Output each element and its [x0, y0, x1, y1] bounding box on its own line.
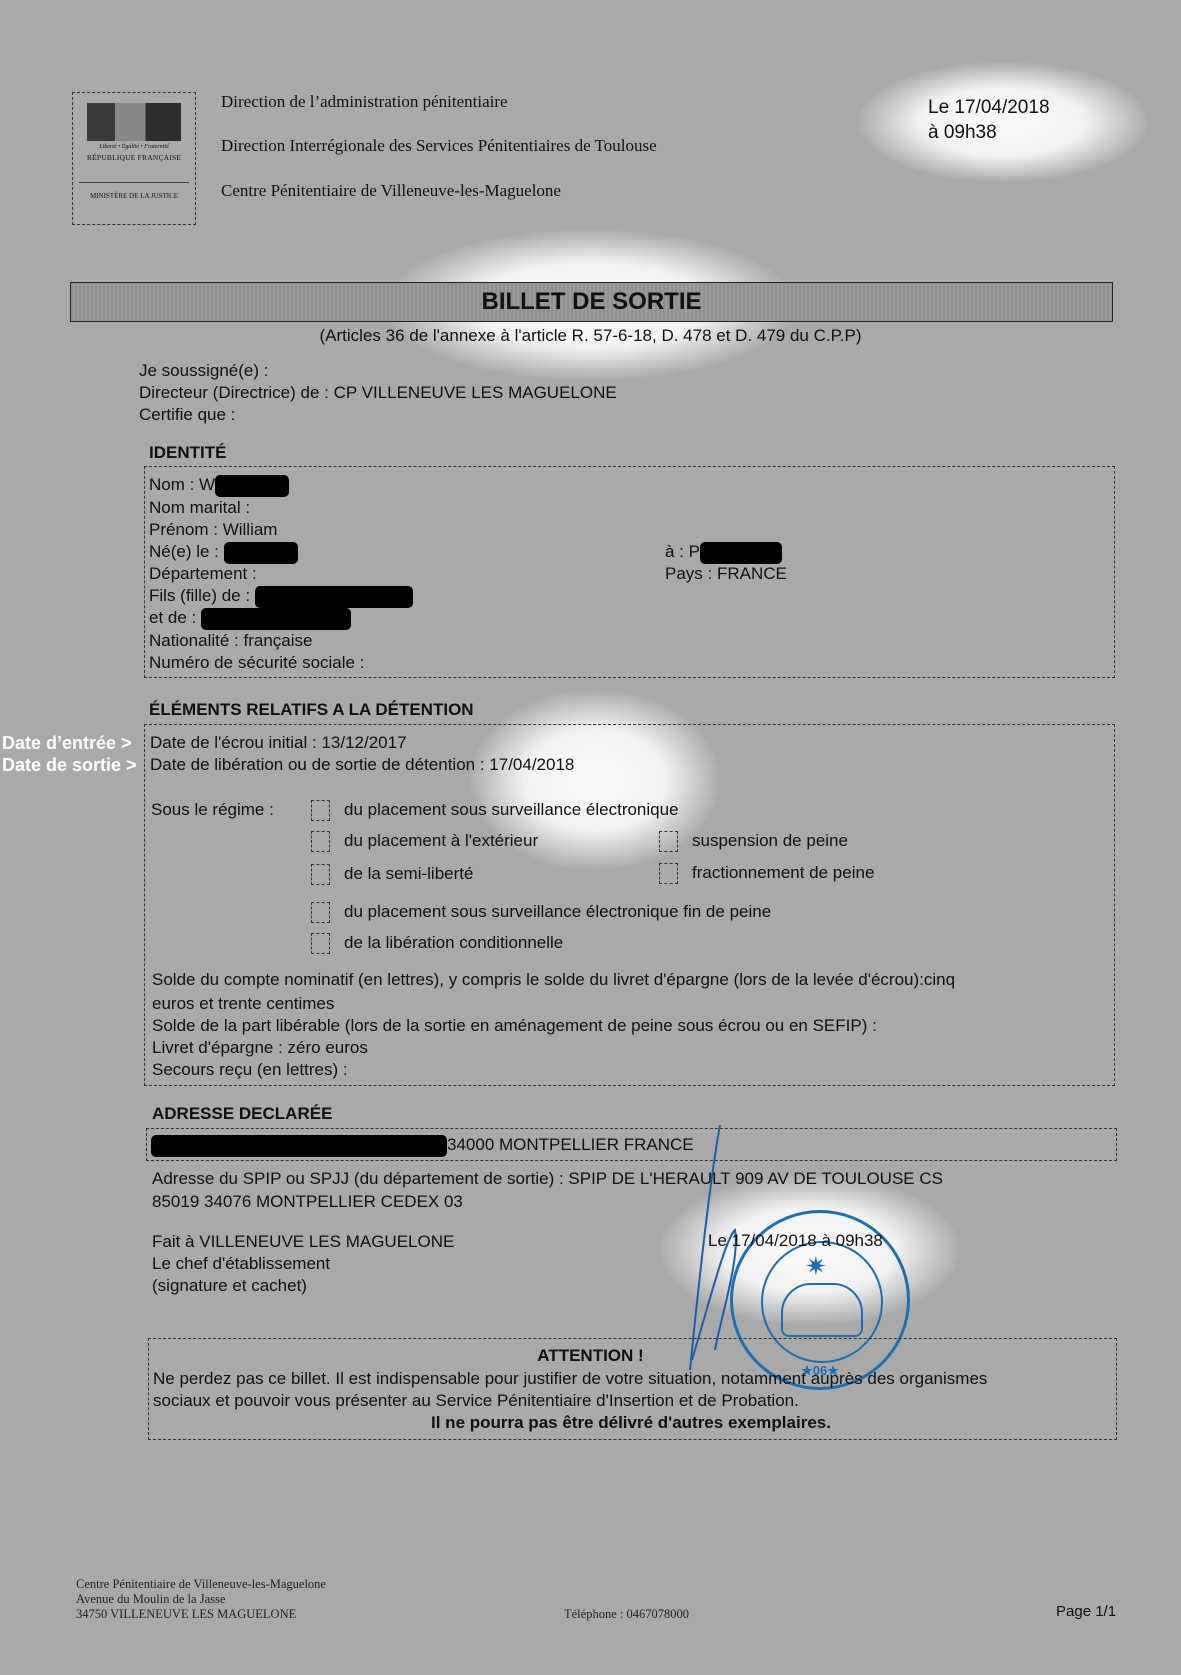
redaction-block: [255, 586, 413, 608]
footer-address-line: Centre Pénitentiaire de Villeneuve-les-M…: [76, 1577, 326, 1592]
ecrou-initial-date: Date de l'écrou initial : 13/12/2017: [150, 732, 407, 754]
regime-option[interactable]: de la semi-liberté: [311, 863, 473, 885]
title-bar: BILLET DE SORTIE: [70, 282, 1113, 322]
regime-option[interactable]: de la libération conditionnelle: [311, 932, 563, 954]
regime-option[interactable]: fractionnement de peine: [659, 862, 874, 884]
checkbox[interactable]: [311, 864, 330, 885]
attention-line-1: Ne perdez pas ce billet. Il est indispen…: [153, 1368, 987, 1390]
footer-phone: Téléphone : 0467078000: [564, 1607, 689, 1622]
identity-nom-marital: Nom marital :: [149, 497, 250, 519]
livret-epargne: Livret d'épargne : zéro euros: [152, 1037, 368, 1059]
identity-section-title: IDENTITÉ: [149, 443, 226, 463]
checkbox[interactable]: [311, 831, 330, 852]
identity-departement: Département :: [149, 563, 257, 585]
footer-address-line: Avenue du Moulin de la Jasse: [76, 1592, 326, 1607]
nom-label: Nom : W: [149, 475, 215, 494]
checkbox[interactable]: [311, 933, 330, 954]
star-icon: ✷: [805, 1251, 827, 1282]
redaction-block: [224, 542, 298, 564]
regime-option-label: de la semi-liberté: [344, 864, 473, 883]
regime-label: Sous le régime :: [151, 799, 274, 821]
liberation-date: Date de libération ou de sortie de déten…: [150, 754, 574, 776]
detention-section-title: ÉLÉMENTS RELATIFS A LA DÉTENTION: [149, 700, 474, 720]
spip-address-line-2: 85019 34076 MONTPELLIER CEDEX 03: [152, 1191, 463, 1213]
identity-nom: Nom : W: [149, 474, 289, 497]
solde-compte: Solde du compte nominatif (en lettres), …: [152, 969, 955, 991]
page-number: Page 1/1: [1056, 1603, 1116, 1620]
declared-address-text: 34000 MONTPELLIER FRANCE: [447, 1135, 694, 1154]
attention-line-2: sociaux et pouvoir vous présenter au Ser…: [153, 1390, 799, 1412]
page-title: BILLET DE SORTIE: [71, 283, 1112, 321]
et-de-label: et de :: [149, 608, 196, 627]
identity-et-de: et de :: [149, 607, 351, 630]
declared-address: 34000 MONTPELLIER FRANCE: [151, 1134, 694, 1157]
regime-option[interactable]: du placement sous surveillance électroni…: [311, 901, 771, 923]
checkbox[interactable]: [311, 800, 330, 821]
regime-option-label: de la libération conditionnelle: [344, 933, 563, 952]
checkbox[interactable]: [311, 902, 330, 923]
spip-address-line-1: Adresse du SPIP ou SPJJ (du département …: [152, 1168, 943, 1190]
regime-option[interactable]: du placement à l'extérieur: [311, 830, 538, 852]
seated-figure-icon: [781, 1283, 863, 1337]
intro-line-1: Je soussigné(e) :: [139, 360, 268, 382]
identity-lieu: à : P: [665, 541, 782, 564]
address-section-title: ADRESSE DECLARÉE: [152, 1104, 332, 1124]
regime-option[interactable]: du placement sous surveillance électroni…: [311, 799, 679, 821]
intro-line-3: Certifie que :: [139, 404, 235, 426]
header-line-3: Centre Pénitentiaire de Villeneuve-les-M…: [221, 181, 561, 201]
logo-ministry: MINISTÈRE DE LA JUSTICE: [73, 192, 195, 200]
regime-option-label: fractionnement de peine: [692, 863, 874, 882]
signature-date: Le 17/04/2018 à 09h38: [708, 1230, 883, 1252]
logo-divider: [79, 182, 189, 183]
attention-line-3: Il ne pourra pas être délivré d'autres e…: [0, 1412, 1181, 1434]
identity-nationalite: Nationalité : française: [149, 630, 312, 652]
redaction-block: [151, 1135, 447, 1157]
footer-address-line: 34750 VILLENEUVE LES MAGUELONE: [76, 1607, 326, 1622]
header-line-1: Direction de l’administration pénitentia…: [221, 92, 508, 112]
regime-option[interactable]: suspension de peine: [659, 830, 848, 852]
marianne-icon: [87, 103, 181, 141]
logo-republic: RÉPUBLIQUE FRANÇAISE: [73, 153, 195, 162]
identity-prenom: Prénom : William: [149, 519, 277, 541]
checkbox[interactable]: [659, 863, 678, 884]
issue-time-line: à 09h38: [928, 120, 1050, 145]
identity-fils-de: Fils (fille) de :: [149, 585, 413, 608]
identity-pays: Pays : FRANCE: [665, 563, 787, 585]
header-line-2: Direction Interrégionale des Services Pé…: [221, 136, 657, 156]
secours-recu: Secours reçu (en lettres) :: [152, 1059, 348, 1081]
redaction-block: [201, 608, 351, 630]
redaction-block: [700, 542, 782, 564]
intro-line-2: Directeur (Directrice) de : CP VILLENEUV…: [139, 382, 617, 404]
fait-a: Fait à VILLENEUVE LES MAGUELONE: [152, 1231, 454, 1253]
issue-date-line: Le 17/04/2018: [928, 95, 1050, 120]
solde-compte-cont: euros et trente centimes: [152, 993, 334, 1015]
solde-part-liberable: Solde de la part libérable (lors de la s…: [152, 1015, 877, 1037]
issue-date: Le 17/04/2018 à 09h38: [928, 95, 1050, 145]
footer-address: Centre Pénitentiaire de Villeneuve-les-M…: [76, 1577, 326, 1622]
fils-de-label: Fils (fille) de :: [149, 586, 250, 605]
annotation-entry: Date d’entrée >: [2, 732, 132, 754]
identity-secu: Numéro de sécurité sociale :: [149, 652, 364, 674]
checkbox[interactable]: [659, 831, 678, 852]
identity-ne-le: Né(e) le :: [149, 541, 298, 564]
ne-le-label: Né(e) le :: [149, 542, 219, 561]
chef-etablissement: Le chef d'établissement: [152, 1253, 330, 1275]
attention-title: ATTENTION !: [0, 1345, 1181, 1367]
ministry-logo: Liberté • Égalité • Fraternité RÉPUBLIQU…: [72, 92, 196, 225]
regime-option-label: du placement sous surveillance électroni…: [344, 902, 771, 921]
redaction-block: [215, 475, 289, 497]
annotation-exit: Date de sortie >: [2, 754, 137, 776]
regime-option-label: du placement sous surveillance électroni…: [344, 800, 679, 819]
regime-option-label: du placement à l'extérieur: [344, 831, 538, 850]
logo-motto: Liberté • Égalité • Fraternité: [73, 144, 195, 150]
regime-option-label: suspension de peine: [692, 831, 848, 850]
signature-cachet: (signature et cachet): [152, 1275, 307, 1297]
lieu-label: à : P: [665, 542, 700, 561]
articles-reference: (Articles 36 de l'annexe à l'article R. …: [0, 326, 1181, 346]
